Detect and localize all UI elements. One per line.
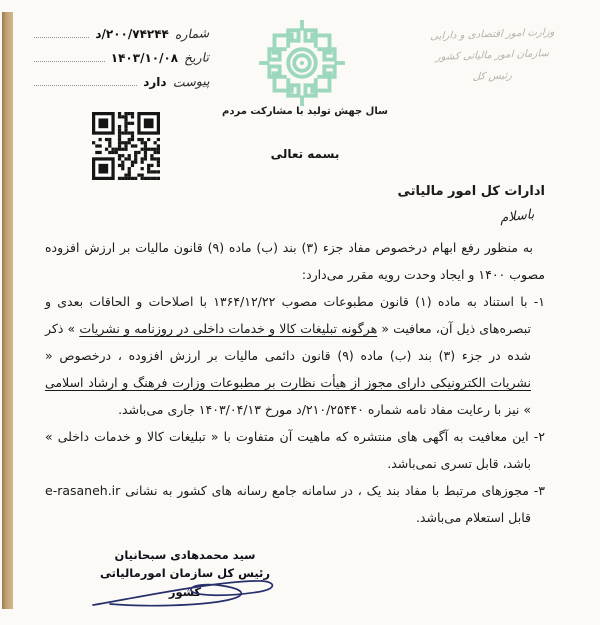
dotted-leader [34,84,137,86]
ref-number-value: ۲۰۰/۷۴۲۴۴/د [95,27,169,41]
signatory-name: سید محمدهادی سبحانیان [90,546,280,564]
signature-scribble [90,563,280,611]
letterhead-ministry-script: وزارت امور اقتصادی و دارایی سازمان امور … [402,24,584,87]
letter-intro: به منظور رفع ابهام درخصوص مفاد جزء (۳) ب… [45,234,545,288]
ref-number-row: شماره ۲۰۰/۷۴۲۴۴/د [34,26,210,41]
paper-edge [2,12,13,609]
date-row: تاریخ ۱۴۰۳/۱۰/۰۸ [34,50,210,65]
letter-item-3: ۳- مجوزهای مرتبط با مفاد بند یک ، در سام… [45,477,545,531]
underlined-phrase-2: نشریات الکترونیکی دارای مجوز از هیأت نظا… [45,375,531,390]
scanned-letter-page: وزارت امور اقتصادی و دارایی سازمان امور … [0,0,600,625]
item1-text: » نیز با رعایت مفاد نامه شماره ۲۱۰/۲۵۴۴۰… [118,402,531,417]
attachment-row: پیوست دارد [34,74,210,89]
year-slogan-banner: سال جهش تولید با مشارکت مردم [213,106,397,117]
letter-body: ادارات کل امور مالیاتی باسلام به منظور ر… [45,184,545,531]
basmala-text: بسمه تعالی [243,147,367,161]
letter-reference-block: شماره ۲۰۰/۷۴۲۴۴/د تاریخ ۱۴۰۳/۱۰/۰۸ پیوست… [34,26,210,98]
underlined-phrase-1: هرگونه تبلیغات کالا و خدمات داخلی در روز… [79,321,377,336]
date-label: تاریخ [184,49,212,65]
letter-item-2: ۲- این معافیت به آگهی های منتشره که ماهی… [45,423,545,477]
letter-item-1: ۱- با استناد به ماده (۱) قانون مطبوعات م… [45,288,545,423]
date-value: ۱۴۰۳/۱۰/۰۸ [111,51,178,65]
tax-emblem-logo-icon [259,20,345,110]
dotted-leader [34,60,105,62]
ref-number-label: شماره [174,25,211,42]
attachment-value: دارد [143,75,166,89]
recipient-heading: ادارات کل امور مالیاتی [45,184,545,199]
attachment-label: پیوست [172,73,212,90]
dotted-leader [34,36,89,38]
salutation-handwritten: باسلام [499,207,536,227]
qr-code [90,112,162,180]
